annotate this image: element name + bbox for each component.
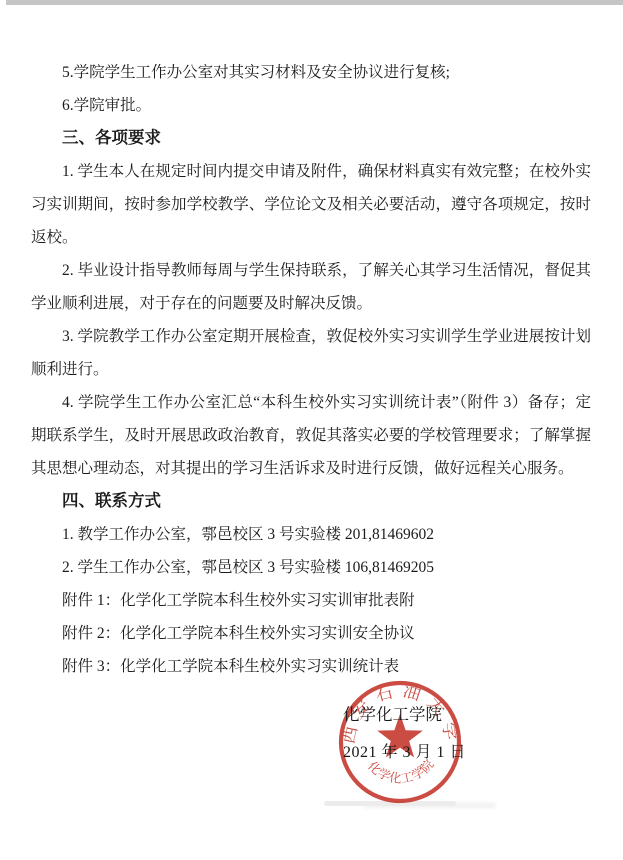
item-line: 6.学院审批。	[31, 89, 591, 122]
item-line: 5.学院学生工作办公室对其实习材料及安全协议进行复核;	[31, 56, 591, 89]
paragraph-line: 顺利进行。	[31, 353, 591, 386]
contact-line: 1. 教学工作办公室，鄠邑校区 3 号实验楼 201,81469602	[31, 518, 591, 551]
heading-line: 三、各项要求	[31, 122, 591, 155]
paragraph-line: 学业顺利进展，对于存在的问题要及时解决反馈。	[31, 287, 591, 320]
heading-line: 四、联系方式	[31, 485, 591, 518]
contact-line: 2. 学生工作办公室，鄠邑校区 3 号实验楼 106,81469205	[31, 551, 591, 584]
paragraph-line: 3. 学院教学工作办公室定期开展检查，敦促校外实习实训学生学业进展按计划	[31, 320, 591, 353]
scan-edge-artifact	[6, 0, 623, 5]
attachment-line: 附件 3：化学化工学院本科生校外实习实训统计表	[31, 650, 591, 683]
paragraph-line: 其思想心理动态，对其提出的学习生活诉求及时进行反馈，做好远程关心服务。	[31, 452, 591, 485]
attachment-line: 附件 2：化学化工学院本科生校外实习实训安全协议	[31, 617, 591, 650]
paragraph-line: 1. 学生本人在规定时间内提交申请及附件，确保材料真实有效完整；在校外实	[31, 155, 591, 188]
signature-block: 化学化工学院 2021 年 3 月 1 日	[343, 704, 466, 764]
document-body: 5.学院学生工作办公室对其实习材料及安全协议进行复核;6.学院审批。三、各项要求…	[31, 56, 591, 683]
paragraph-line: 4. 学院学生工作办公室汇总“本科生校外实习实训统计表”（附件 3）备存；定	[31, 386, 591, 419]
paragraph-line: 习实训期间，按时参加学校教学、学位论文及相关必要活动，遵守各项规定，按时	[31, 188, 591, 221]
paragraph-line: 期联系学生，及时开展思政政治教育，敦促其落实必要的学校管理要求；了解掌握	[31, 419, 591, 452]
attachment-line: 附件 1：化学化工学院本科生校外实习实训审批表附	[31, 584, 591, 617]
signature-org: 化学化工学院	[343, 704, 466, 726]
signature-date: 2021 年 3 月 1 日	[343, 742, 466, 764]
paragraph-line: 返校。	[31, 221, 591, 254]
paragraph-line: 2. 毕业设计指导教师每周与学生保持联系，了解关心其学习生活情况，督促其	[31, 254, 591, 287]
